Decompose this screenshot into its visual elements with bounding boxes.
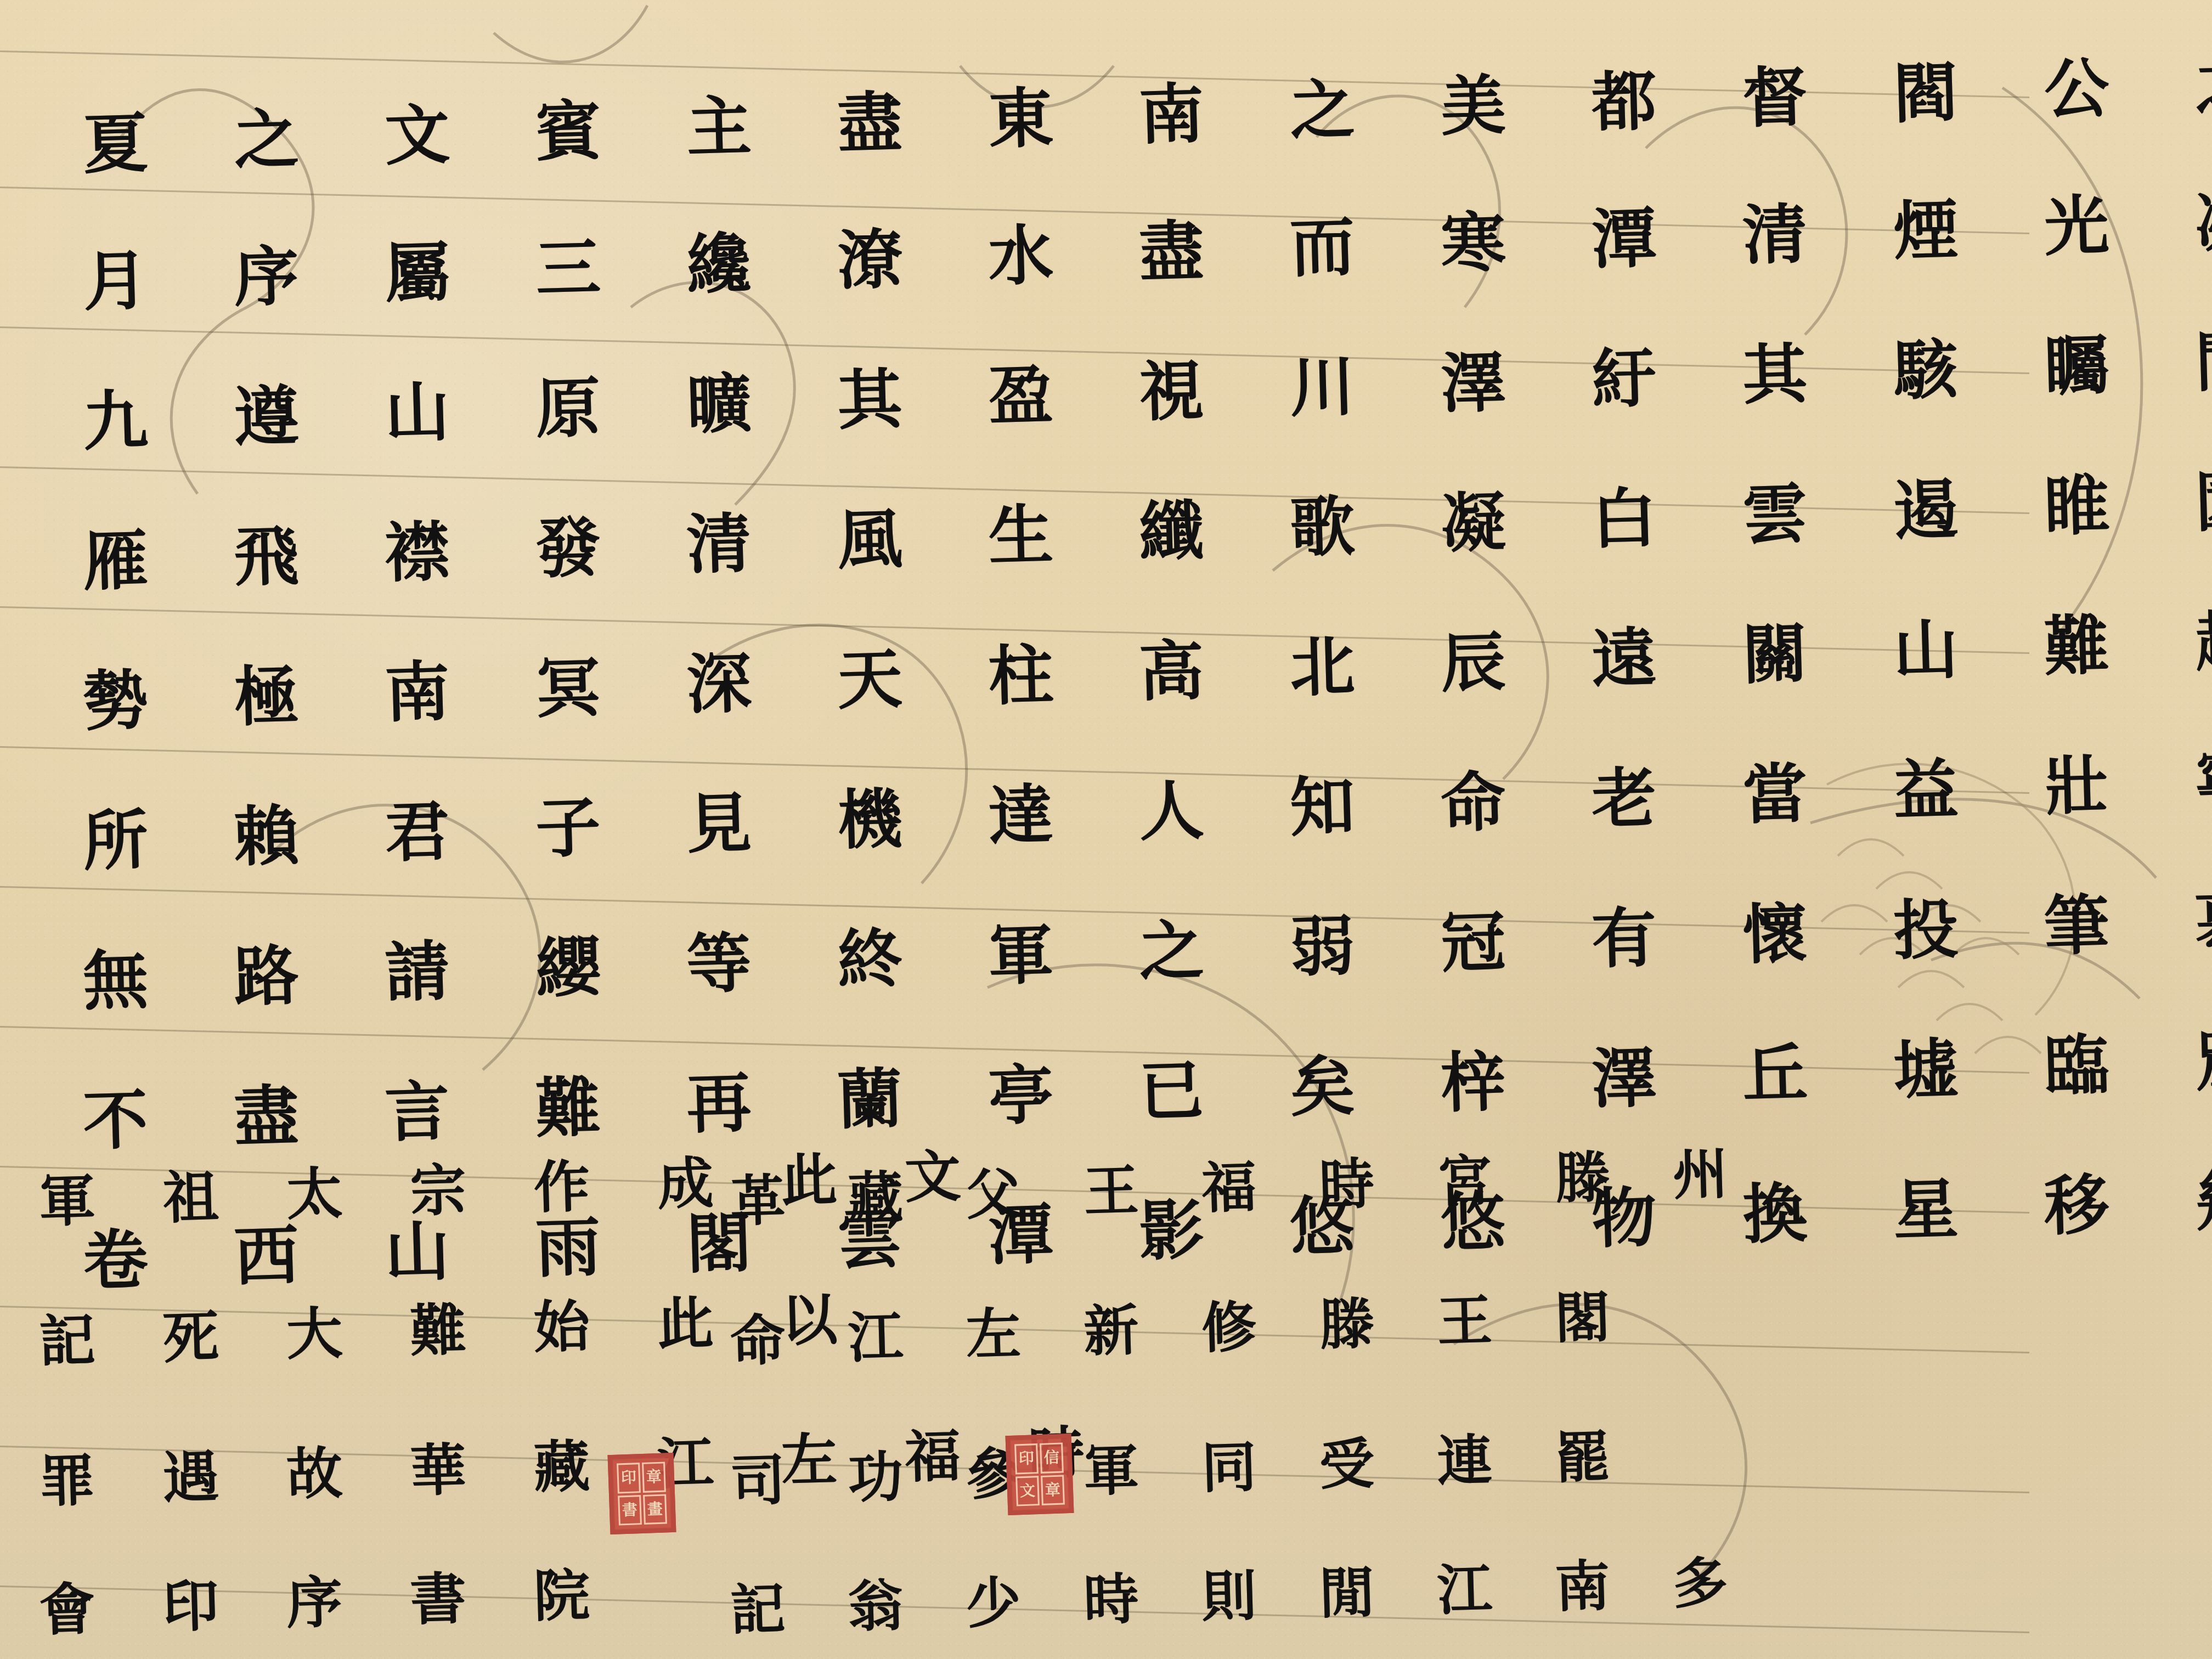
calligraphy-paper: 夏 之 文 賓 主 盡 東 南 之 美 都 督 閻 公 之 雅 望 棨 戟 遙 … — [0, 0, 2212, 1659]
seal-character: 印 — [1014, 1443, 1039, 1474]
seal-character: 印 — [617, 1463, 641, 1493]
seal-character: 文 — [1015, 1476, 1040, 1506]
colophon-row: 會 印 序 書 院 — [38, 1567, 614, 1639]
seal-character: 章 — [1041, 1475, 1065, 1505]
left-red-seal: 印 章 書 畫 — [608, 1453, 676, 1534]
right-red-seal: 印 信 文 章 — [1006, 1434, 1074, 1515]
seal-character: 畫 — [643, 1494, 667, 1525]
seal-character: 信 — [1040, 1442, 1064, 1473]
seal-character: 章 — [642, 1462, 666, 1492]
seal-character: 書 — [618, 1495, 642, 1526]
